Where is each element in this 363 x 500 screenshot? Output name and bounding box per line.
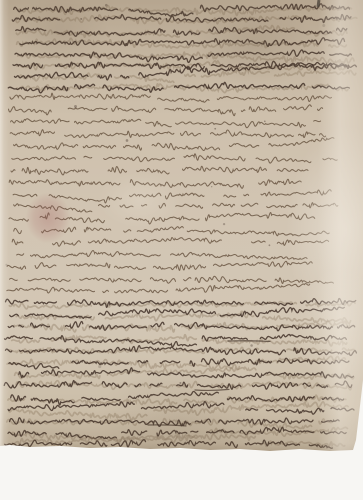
ink-speck	[264, 121, 266, 123]
ink-speck	[179, 382, 181, 384]
handwriting-line	[148, 425, 186, 426]
ink-speck	[273, 428, 275, 430]
handwriting-line	[9, 105, 328, 116]
ink-speck	[126, 139, 129, 142]
handwriting-line	[14, 226, 338, 235]
ink-speck	[34, 326, 36, 328]
ink-speck	[150, 53, 153, 56]
ink-speck	[80, 18, 82, 20]
handwriting-line	[11, 119, 321, 128]
ink-speck	[214, 128, 216, 130]
handwriting-line	[17, 251, 307, 260]
handwriting-line	[10, 130, 325, 138]
handwriting-line	[14, 203, 338, 212]
handwriting-line	[9, 179, 301, 188]
handwriting-line	[195, 389, 229, 390]
handwriting-line	[11, 166, 308, 175]
ink-speck	[223, 223, 225, 225]
ink-speck	[5, 264, 7, 266]
ink-speck	[250, 344, 253, 347]
handwriting-line	[7, 284, 310, 293]
ink-speck	[105, 4, 108, 7]
handwriting-line	[20, 69, 356, 83]
handwriting-line	[13, 190, 331, 203]
handwriting-line	[14, 138, 334, 151]
handwriting-line	[12, 238, 338, 247]
ink-speck	[322, 24, 325, 27]
handwriting-svg	[0, 0, 363, 452]
handwriting-line	[7, 261, 312, 270]
handwriting-line	[9, 213, 315, 224]
ink-speck	[269, 244, 271, 246]
handwriting-line	[10, 93, 344, 102]
ink-speck	[211, 186, 212, 187]
ink-speck	[98, 365, 101, 368]
scan-background	[0, 0, 363, 500]
handwriting-line	[228, 341, 270, 342]
ink-speck	[177, 58, 180, 61]
handwriting-line	[5, 334, 347, 346]
letter-paper	[0, 0, 363, 452]
handwriting-line	[15, 367, 354, 379]
handwriting-line	[12, 154, 337, 163]
handwriting-line	[10, 276, 334, 283]
ink-speck	[74, 105, 77, 108]
handwriting-line	[20, 38, 345, 47]
